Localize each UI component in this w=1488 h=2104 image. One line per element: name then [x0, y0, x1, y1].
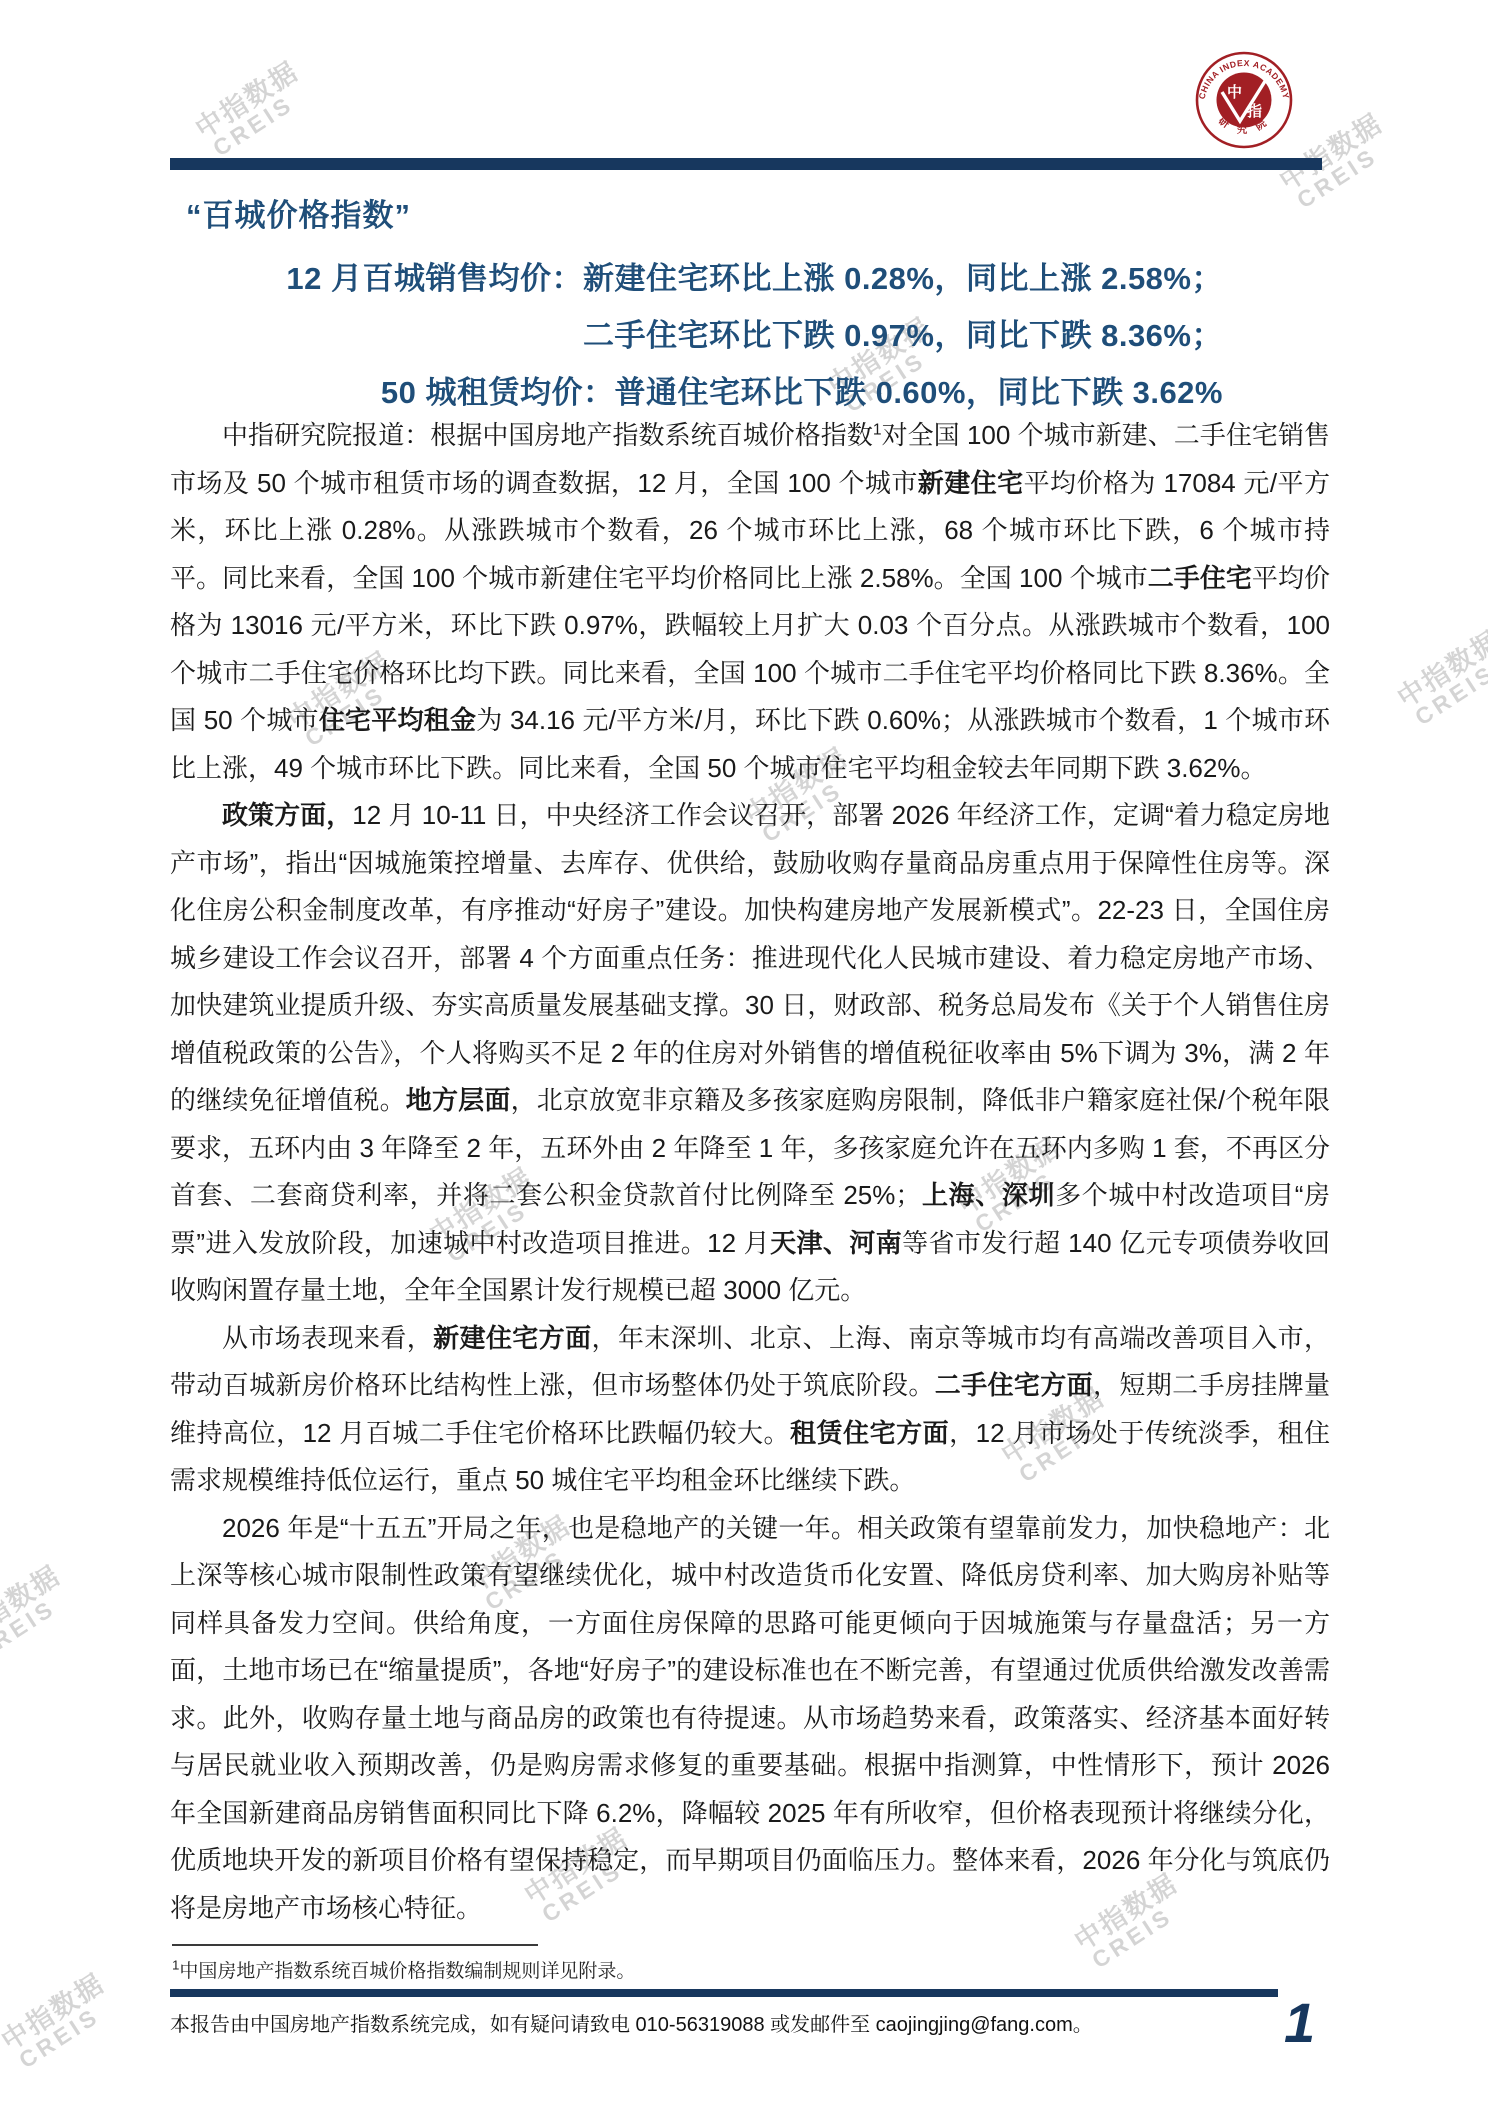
china-index-academy-logo: CHINA INDEX ACADEMY 研 究 院 中 指 — [1194, 50, 1294, 150]
body-text-bold: 政策方面， — [222, 800, 352, 830]
footer-rule — [170, 1989, 1278, 1997]
logo-char-zhong: 中 — [1227, 84, 1242, 101]
logo-char-zhi: 指 — [1246, 103, 1262, 120]
body-paragraph: 政策方面，12 月 10-11 日，中央经济工作会议召开，部署 2026 年经济… — [170, 792, 1330, 1315]
logo-inner-disc — [1217, 73, 1272, 128]
headline-line-1: 12 月百城销售均价：新建住宅环比上涨 0.28%，同比上涨 2.58%； — [170, 250, 1223, 307]
body-text-bold: 二手住宅 — [1148, 563, 1252, 593]
body-text: 1 — [873, 421, 882, 438]
body-text-bold: 天津、河南 — [770, 1228, 902, 1258]
body-text-bold: 新建住宅方面 — [433, 1323, 591, 1353]
body-text-bold: 上海、深圳 — [921, 1180, 1055, 1210]
footnote-separator — [172, 1944, 538, 1946]
section-title: “百城价格指数” — [186, 190, 411, 235]
body-text: 中指研究院报道：根据中国房地产指数系统百城价格指数 — [222, 420, 873, 450]
footnote: 1中国房地产指数系统百城价格指数编制规则详见附录。 — [172, 1956, 635, 1983]
footer-text: 本报告由中国房地产指数系统完成，如有疑问请致电 010-56319088 或发邮… — [170, 2008, 1093, 2037]
body-paragraph: 中指研究院报道：根据中国房地产指数系统百城价格指数1对全国 100 个城市新建、… — [170, 412, 1330, 792]
page-number: 1 — [1284, 1990, 1315, 2055]
body-text-bold: 新建住宅 — [918, 468, 1024, 498]
seal-icon: CHINA INDEX ACADEMY 研 究 院 中 指 — [1194, 50, 1294, 150]
watermark: 中指数据CREIS — [1394, 627, 1488, 732]
headline-line-2: 二手住宅环比下跌 0.97%，同比下跌 8.36%； — [170, 307, 1223, 364]
body-text-bold: 地方层面 — [406, 1085, 511, 1115]
body-text: 12 月 10-11 日，中央经济工作会议召开，部署 2026 年经济工作，定调… — [170, 800, 1330, 1115]
body-paragraphs: 中指研究院报道：根据中国房地产指数系统百城价格指数1对全国 100 个城市新建、… — [170, 412, 1330, 1932]
footnote-text: 中国房地产指数系统百城价格指数编制规则详见附录。 — [179, 1961, 635, 1982]
body-paragraph: 2026 年是“十五五”开局之年，也是稳地产的关键一年。相关政策有望靠前发力，加… — [170, 1505, 1330, 1933]
watermark: 中指数据CREIS — [192, 58, 317, 163]
body-paragraph: 从市场表现来看，新建住宅方面，年末深圳、北京、上海、南京等城市均有高端改善项目入… — [170, 1315, 1330, 1505]
body-text-bold: 租赁住宅方面 — [790, 1418, 949, 1448]
headline: 12 月百城销售均价：新建住宅环比上涨 0.28%，同比上涨 2.58%； 二手… — [170, 250, 1223, 421]
header-rule — [170, 158, 1322, 170]
body-text-bold: 住宅平均租金 — [319, 705, 476, 735]
body-text: 2026 年是“十五五”开局之年，也是稳地产的关键一年。相关政策有望靠前发力，加… — [170, 1513, 1330, 1923]
watermark: 中指数据CREIS — [0, 1562, 78, 1667]
report-page: 中指数据CREIS中指数据CREIS中指数据CREIS中指数据CREIS中指数据… — [0, 0, 1488, 2104]
watermark: 中指数据CREIS — [0, 1970, 122, 2075]
body-text: 从市场表现来看， — [222, 1323, 433, 1353]
body-text-bold: 二手住宅方面 — [935, 1370, 1093, 1400]
